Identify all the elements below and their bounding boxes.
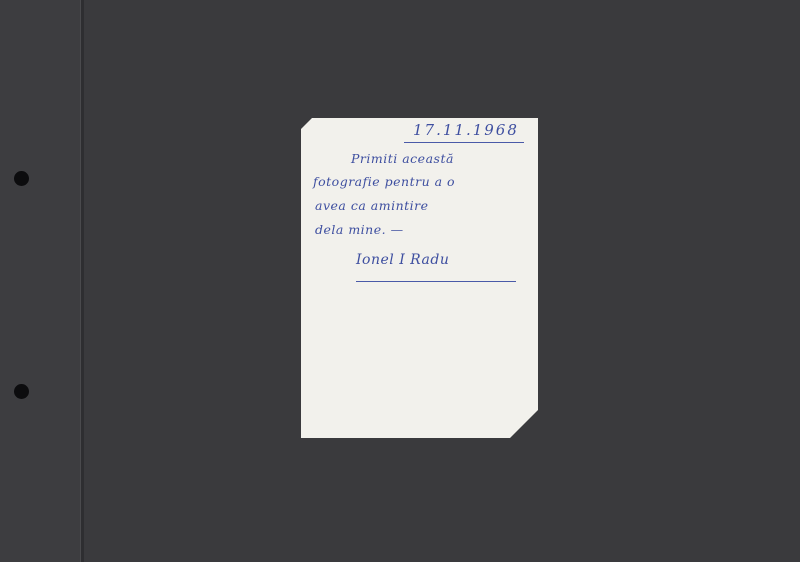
spine-fold [80, 0, 84, 562]
signature: Ionel I Radu [356, 252, 449, 268]
handwritten-date: 17.11.1968 [413, 121, 519, 139]
signature-underline [356, 281, 516, 282]
photo-back-card: 17.11.1968 Primiti această fotografie pe… [301, 118, 538, 438]
album-spine [0, 0, 80, 562]
binding-hole-bottom [14, 384, 29, 399]
note-line-3: avea ca amintire [315, 198, 429, 213]
handwritten-note: 17.11.1968 Primiti această fotografie pe… [301, 118, 538, 438]
note-line-4: dela mine. — [315, 222, 404, 237]
note-line-2: fotografie pentru a o [313, 174, 455, 189]
date-underline [404, 142, 524, 143]
note-line-1: Primiti această [351, 151, 454, 166]
binding-hole-top [14, 171, 29, 186]
album-page: 17.11.1968 Primiti această fotografie pe… [0, 0, 800, 562]
